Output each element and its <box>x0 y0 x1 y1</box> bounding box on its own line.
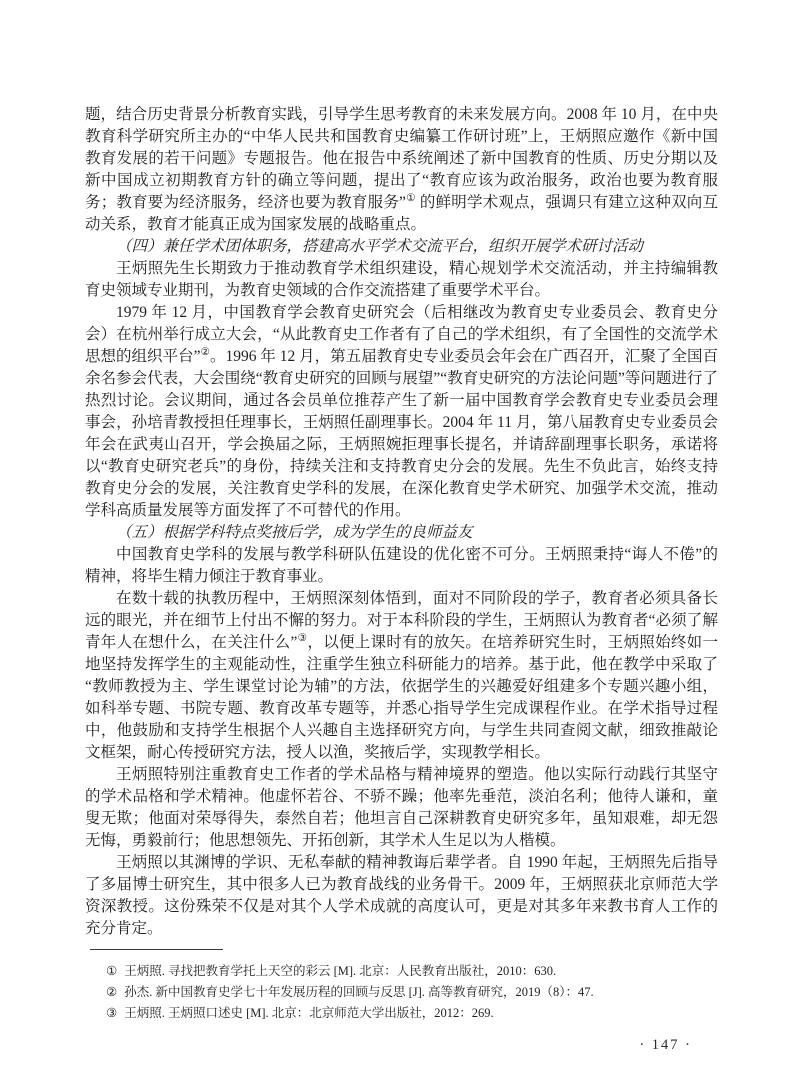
text-run: （五）根据学科特点奖掖后学，成为学生的良师益友 <box>116 524 473 541</box>
footnote-text: 王炳照. 寻找把教育学托上天空的彩云 [M]. 北京：人民教育出版社，2010：… <box>124 964 556 978</box>
text-run: （四）兼任学术团体职务，搭建高水平学术交流平台，组织开展学术研讨活动 <box>116 238 643 255</box>
footnote-marker: ① <box>406 193 416 204</box>
page-number: · 147 · <box>85 1037 718 1054</box>
text-run: 王炳照以其渊博的学识、无私奉献的精神教诲后辈学者。自 1990 年起，王炳照先后… <box>85 854 718 937</box>
paragraph: 王炳照先生长期致力于推动教育学术组织建设，精心规划学术交流活动，并主持编辑教育史… <box>85 258 718 302</box>
footnote-number: ① <box>106 964 117 978</box>
footnote-number: ② <box>106 985 117 999</box>
footnote: ②孙杰. 新中国教育史学七十年发展历程的回顾与反思 [J]. 高等教育研究，20… <box>106 982 718 1003</box>
paragraph: 中国教育史学科的发展与教学科研队伍建设的优化密不可分。王炳照秉持“诲人不倦”的精… <box>85 544 718 588</box>
footnote-text: 王炳照. 王炳照口述史 [M]. 北京：北京师范大学出版社，2012：269. <box>124 1006 493 1020</box>
paragraph: 题，结合历史背景分析教育实践，引导学生思考教育的未来发展方向。2008 年 10… <box>85 104 718 236</box>
paragraph: 王炳照特别注重教育史工作者的学术品格与精神境界的塑造。他以实际行动践行其坚守的学… <box>85 764 718 852</box>
text-run: 中国教育史学科的发展与教学科研队伍建设的优化密不可分。王炳照秉持“诲人不倦”的精… <box>85 546 718 585</box>
document-page: 题，结合历史背景分析教育实践，引导学生思考教育的未来发展方向。2008 年 10… <box>0 0 800 1077</box>
footnotes: ①王炳照. 寻找把教育学托上天空的彩云 [M]. 北京：人民教育出版社，2010… <box>85 949 718 1024</box>
footnote-list: ①王炳照. 寻找把教育学托上天空的彩云 [M]. 北京：人民教育出版社，2010… <box>85 961 718 1024</box>
footnote: ③王炳照. 王炳照口述史 [M]. 北京：北京师范大学出版社，2012：269. <box>106 1003 718 1024</box>
section-heading: （四）兼任学术团体职务，搭建高水平学术交流平台，组织开展学术研讨活动 <box>85 236 718 258</box>
footnote-number: ③ <box>106 1006 117 1020</box>
footnote-divider <box>90 949 223 950</box>
paragraph: 1979 年 12 月，中国教育学会教育史研究会（后相继改为教育史专业委员会、教… <box>85 302 718 522</box>
article-body: 题，结合历史背景分析教育实践，引导学生思考教育的未来发展方向。2008 年 10… <box>85 104 718 940</box>
footnote-marker: ② <box>200 347 209 358</box>
paragraph: 王炳照以其渊博的学识、无私奉献的精神教诲后辈学者。自 1990 年起，王炳照先后… <box>85 852 718 940</box>
text-run: ，以便上课时有的放矢。在培养研究生时，王炳照始终如一地坚持发挥学生的主观能动性，… <box>85 634 718 761</box>
text-run: 王炳照先生长期致力于推动教育学术组织建设，精心规划学术交流活动，并主持编辑教育史… <box>85 260 718 299</box>
text-run: 。1996 年 12 月，第五届教育史专业委员会年会在广西召开，汇聚了全国百余名… <box>85 348 718 519</box>
footnote: ①王炳照. 寻找把教育学托上天空的彩云 [M]. 北京：人民教育出版社，2010… <box>106 961 718 982</box>
paragraph: 在数十载的执教历程中，王炳照深刻体悟到，面对不同阶段的学子，教育者必须具备长远的… <box>85 588 718 764</box>
section-heading: （五）根据学科特点奖掖后学，成为学生的良师益友 <box>85 522 718 544</box>
text-run: 王炳照特别注重教育史工作者的学术品格与精神境界的塑造。他以实际行动践行其坚守的学… <box>85 766 718 849</box>
footnote-marker: ③ <box>297 633 307 644</box>
footnote-text: 孙杰. 新中国教育史学七十年发展历程的回顾与反思 [J]. 高等教育研究，201… <box>124 985 593 999</box>
